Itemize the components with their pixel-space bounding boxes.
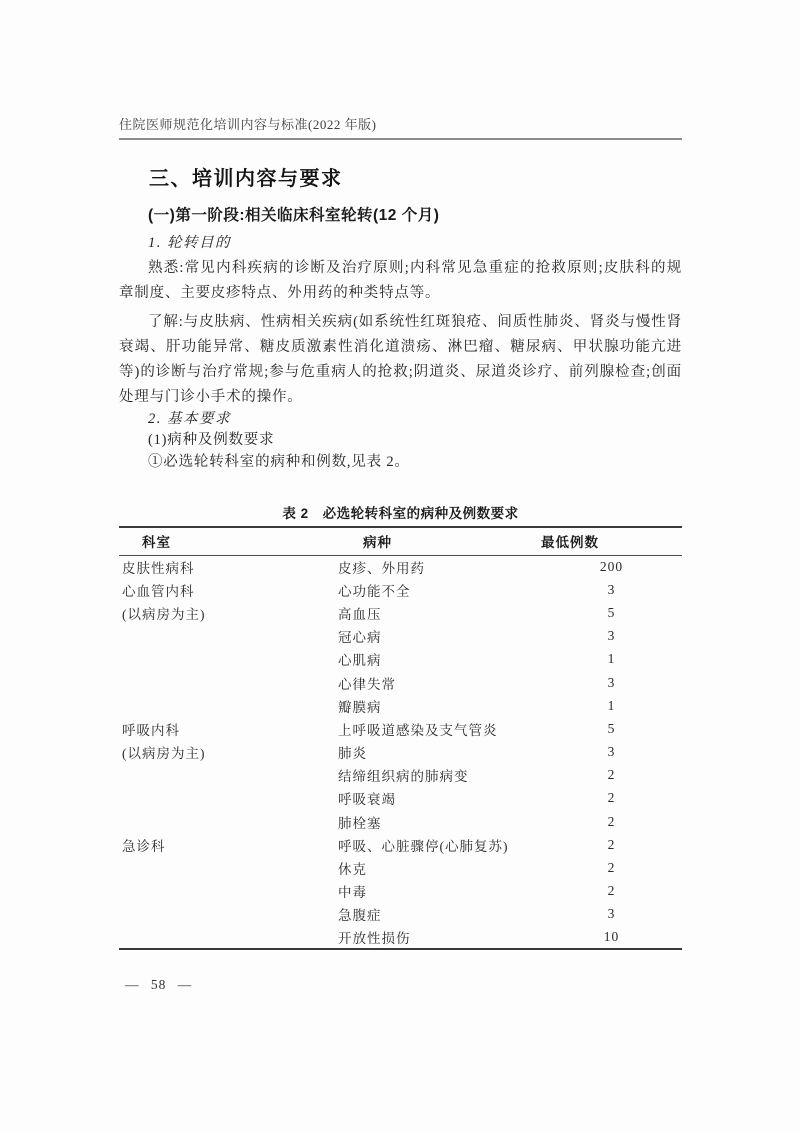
- cell-min-cases: 2: [541, 764, 682, 787]
- cell-disease: 中毒: [338, 880, 541, 903]
- item-basic-requirements: 2. 基本要求: [119, 411, 682, 428]
- cell-disease: 心肌病: [338, 648, 541, 671]
- item-rotation-purpose: 1. 轮转目的: [119, 235, 682, 252]
- cell-min-cases: 3: [541, 903, 682, 926]
- table-row: 休克2: [119, 856, 682, 879]
- cell-disease: 肺栓塞: [338, 810, 541, 833]
- cell-min-cases: 5: [541, 601, 682, 624]
- paragraph-understand: 了解:与皮肤病、性病相关疾病(如系统性红斑狼疮、间质性肺炎、肾炎与慢性肾衰竭、肝…: [119, 310, 682, 410]
- table-header: 科室 病种 最低例数: [119, 527, 682, 555]
- cell-disease: 心律失常: [338, 671, 541, 694]
- cell-department: (以病房为主): [119, 601, 338, 624]
- cell-min-cases: 3: [541, 625, 682, 648]
- cell-disease: 高血压: [338, 601, 541, 624]
- cell-min-cases: 1: [541, 648, 682, 671]
- cell-min-cases: 2: [541, 856, 682, 879]
- cell-disease: 呼吸、心脏骤停(心肺复苏): [338, 833, 541, 856]
- running-header: 住院医师规范化培训内容与标准(2022 年版): [119, 117, 682, 133]
- cell-min-cases: 2: [541, 810, 682, 833]
- cell-department: [119, 764, 338, 787]
- col-header-min-cases: 最低例数: [541, 527, 682, 555]
- cell-min-cases: 3: [541, 578, 682, 601]
- col-header-department: 科室: [119, 527, 338, 555]
- sub-item-disease-count: (1)病种及例数要求: [119, 430, 682, 450]
- cell-department: [119, 787, 338, 810]
- table-row: 呼吸内科上呼吸道感染及支气管炎5: [119, 717, 682, 740]
- table-header-row: 科室 病种 最低例数: [119, 527, 682, 555]
- table-row: 结缔组织病的肺病变2: [119, 764, 682, 787]
- cell-min-cases: 3: [541, 741, 682, 764]
- table-row: 心血管内科心功能不全3: [119, 578, 682, 601]
- sub-item-note: ①必选轮转科室的病种和例数,见表 2。: [119, 452, 682, 472]
- table-row: 急腹症3: [119, 903, 682, 926]
- cell-department: [119, 926, 338, 949]
- cell-min-cases: 2: [541, 833, 682, 856]
- table-row: (以病房为主)肺炎3: [119, 741, 682, 764]
- table-row: 中毒2: [119, 880, 682, 903]
- cell-department: [119, 671, 338, 694]
- col-header-disease: 病种: [338, 527, 541, 555]
- page-content: 住院医师规范化培训内容与标准(2022 年版) 三、培训内容与要求 (一)第一阶…: [119, 117, 682, 950]
- cell-disease: 上呼吸道感染及支气管炎: [338, 717, 541, 740]
- cell-department: [119, 880, 338, 903]
- table-row: 瓣膜病1: [119, 694, 682, 717]
- table-row: 心律失常3: [119, 671, 682, 694]
- header-rule: [119, 138, 682, 140]
- cell-disease: 结缔组织病的肺病变: [338, 764, 541, 787]
- cell-disease: 心功能不全: [338, 578, 541, 601]
- cell-department: 急诊科: [119, 833, 338, 856]
- cell-department: 皮肤性病科: [119, 555, 338, 578]
- cell-disease: 休克: [338, 856, 541, 879]
- cell-disease: 急腹症: [338, 903, 541, 926]
- cell-department: (以病房为主): [119, 741, 338, 764]
- cell-department: [119, 903, 338, 926]
- table-row: 开放性损伤10: [119, 926, 682, 949]
- stage-title: (一)第一阶段:相关临床科室轮转(12 个月): [119, 207, 682, 225]
- cell-department: 心血管内科: [119, 578, 338, 601]
- table-row: 急诊科呼吸、心脏骤停(心肺复苏)2: [119, 833, 682, 856]
- cell-disease: 呼吸衰竭: [338, 787, 541, 810]
- document-page: 住院医师规范化培训内容与标准(2022 年版) 三、培训内容与要求 (一)第一阶…: [0, 0, 800, 1131]
- cell-department: [119, 648, 338, 671]
- required-rotation-table: 科室 病种 最低例数 皮肤性病科皮疹、外用药200心血管内科心功能不全3(以病房…: [119, 526, 682, 950]
- table-row: 呼吸衰竭2: [119, 787, 682, 810]
- cell-min-cases: 2: [541, 787, 682, 810]
- cell-department: [119, 625, 338, 648]
- section-title: 三、培训内容与要求: [119, 168, 682, 191]
- table-row: (以病房为主)高血压5: [119, 601, 682, 624]
- paragraph-familiar: 熟悉:常见内科疾病的诊断及治疗原则;内科常见急重症的抢救原则;皮肤科的规章制度、…: [119, 256, 682, 306]
- cell-disease: 瓣膜病: [338, 694, 541, 717]
- table-row: 冠心病3: [119, 625, 682, 648]
- page-number: — 58 —: [125, 977, 192, 993]
- table-body: 皮肤性病科皮疹、外用药200心血管内科心功能不全3(以病房为主)高血压5冠心病3…: [119, 555, 682, 949]
- table-row: 皮肤性病科皮疹、外用药200: [119, 555, 682, 578]
- cell-department: [119, 694, 338, 717]
- cell-department: 呼吸内科: [119, 717, 338, 740]
- cell-min-cases: 200: [541, 555, 682, 578]
- cell-department: [119, 856, 338, 879]
- cell-disease: 肺炎: [338, 741, 541, 764]
- cell-disease: 冠心病: [338, 625, 541, 648]
- cell-department: [119, 810, 338, 833]
- cell-min-cases: 5: [541, 717, 682, 740]
- cell-min-cases: 3: [541, 671, 682, 694]
- cell-min-cases: 1: [541, 694, 682, 717]
- table-row: 心肌病1: [119, 648, 682, 671]
- cell-disease: 开放性损伤: [338, 926, 541, 949]
- cell-min-cases: 2: [541, 880, 682, 903]
- cell-disease: 皮疹、外用药: [338, 555, 541, 578]
- table-row: 肺栓塞2: [119, 810, 682, 833]
- cell-min-cases: 10: [541, 926, 682, 949]
- table-caption: 表 2 必选轮转科室的病种及例数要求: [119, 502, 682, 519]
